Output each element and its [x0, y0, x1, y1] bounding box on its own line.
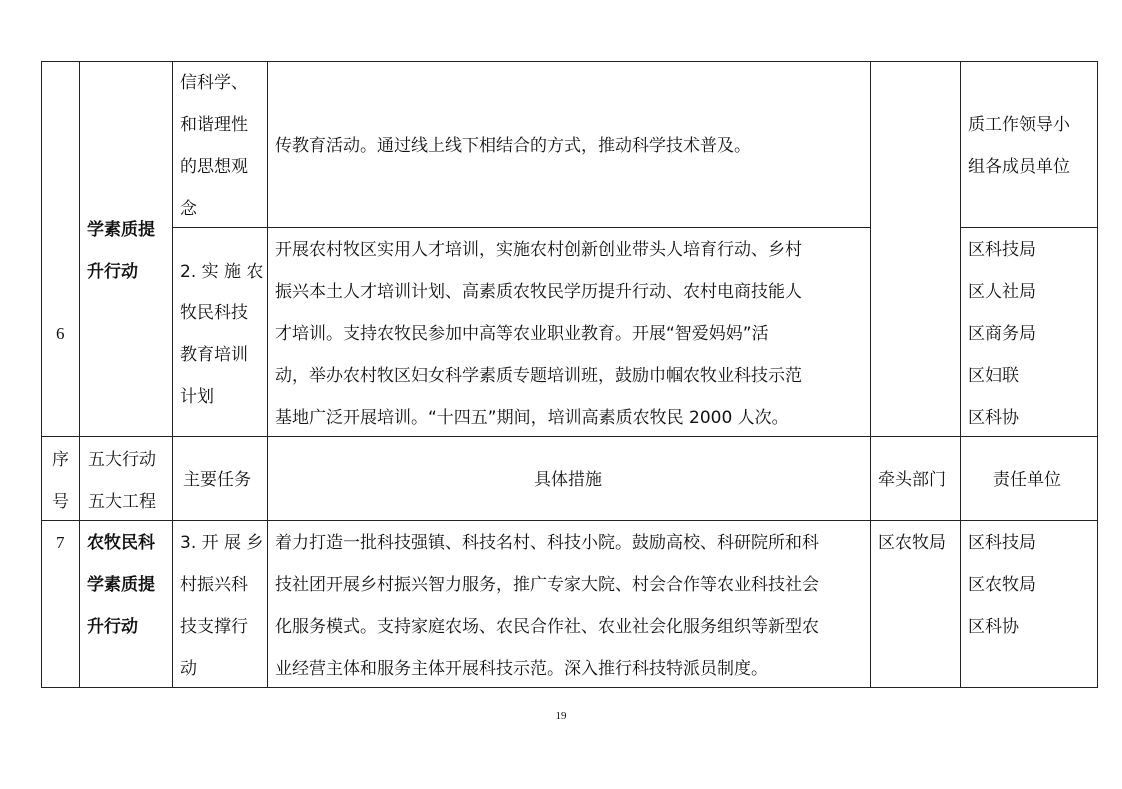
row-divider-resp1-resp2	[960, 227, 1098, 228]
task1-line-4: 念	[180, 199, 197, 219]
responsible2-line-4: 区妇联	[968, 366, 1019, 386]
task3-line-4: 动	[180, 659, 197, 679]
header-responsible: 责任单位	[993, 470, 1061, 490]
page-number: 19	[0, 710, 1122, 722]
task1-line-3: 的思想观	[180, 157, 248, 177]
measures2-line-1: 开展农村牧区实用人才培训，实施农村创新创业带头人培育行动、乡村	[275, 240, 802, 260]
table-border-right	[1097, 61, 1098, 688]
row7-action-line-1: 农牧民科	[87, 533, 155, 553]
col-divider-1	[79, 61, 80, 688]
col-divider-2	[172, 61, 173, 688]
measures2-line-3: 才培训。支持农牧民参加中高等农业职业教育。开展“智爱妈妈”活	[275, 324, 769, 344]
responsible2-line-1: 区科技局	[968, 240, 1036, 260]
responsible1-line-1: 质工作领导小	[968, 115, 1070, 135]
row-divider-task1-task2	[172, 227, 871, 228]
header-action-line-1: 五大行动	[88, 450, 156, 470]
header-task: 主要任务	[183, 470, 251, 490]
row-divider-header-row7	[41, 520, 1098, 521]
row6-action-line-1: 学素质提	[87, 220, 155, 240]
task2-line-3: 教育培训	[180, 345, 248, 365]
responsible3-line-2: 区农牧局	[968, 575, 1036, 595]
task3-line-1: 3. 开 展 乡	[180, 533, 263, 553]
header-action-line-2: 五大工程	[88, 492, 156, 512]
table-border-bottom	[41, 687, 1098, 688]
measures3-line-4: 业经营主体和服务主体开展科技示范。深入推行科技特派员制度。	[275, 659, 768, 679]
document-page: 信科学、 和谐理性 的思想观 念 传教育活动。通过线上线下相结合的方式，推动科学…	[0, 0, 1122, 789]
row7-seq: 7	[56, 533, 65, 553]
responsible2-line-3: 区商务局	[968, 324, 1036, 344]
header-seq-line-1: 序	[52, 450, 69, 470]
col-divider-4	[870, 61, 871, 688]
task2-line-1: 2. 实 施 农	[180, 262, 263, 282]
measures3-line-3: 化服务模式。支持家庭农场、农民合作社、农业社会化服务组织等新型农	[275, 617, 819, 637]
col-divider-3	[267, 61, 268, 688]
responsible2-line-5: 区科协	[968, 408, 1019, 428]
measures2-line-2: 振兴本土人才培训计划、高素质农牧民学历提升行动、农村电商技能人	[275, 282, 802, 302]
row7-lead-dept: 区农牧局	[878, 533, 946, 553]
task3-line-2: 村振兴科	[180, 575, 248, 595]
table-border-top	[41, 61, 1098, 62]
row7-action-line-3: 升行动	[87, 617, 138, 637]
task3-line-3: 技支撑行	[180, 617, 248, 637]
measures3-line-2: 技社团开展乡村振兴智力服务，推广专家大院、村会合作等农业科技社会	[275, 575, 819, 595]
responsible3-line-3: 区科协	[968, 617, 1019, 637]
task1-line-1: 信科学、	[180, 73, 248, 93]
task1-line-2: 和谐理性	[180, 115, 248, 135]
row6-seq: 6	[56, 324, 65, 344]
col-divider-5	[960, 61, 961, 688]
row7-action-line-2: 学素质提	[87, 575, 155, 595]
responsible3-line-1: 区科技局	[968, 533, 1036, 553]
measures1-text: 传教育活动。通过线上线下相结合的方式，推动科学技术普及。	[275, 136, 751, 156]
table-border-left	[41, 61, 42, 688]
header-measures: 具体措施	[534, 470, 602, 490]
task2-line-2: 牧民科技	[180, 303, 248, 323]
responsible1-line-2: 组各成员单位	[968, 157, 1070, 177]
measures3-line-1: 着力打造一批科技强镇、科技名村、科技小院。鼓励高校、科研院所和科	[275, 533, 819, 553]
responsible2-line-2: 区人社局	[968, 282, 1036, 302]
measures2-line-4: 动，举办农村牧区妇女科学素质专题培训班，鼓励巾帼农牧业科技示范	[275, 366, 802, 386]
header-seq-line-2: 号	[52, 492, 69, 512]
measures2-line-5: 基地广泛开展培训。“十四五”期间，培训高素质农牧民 2000 人次。	[275, 408, 789, 428]
row-divider-row6-header	[41, 436, 1098, 437]
task2-line-4: 计划	[180, 387, 214, 407]
row6-action-line-2: 升行动	[87, 262, 138, 282]
header-lead-dept: 牵头部门	[878, 470, 946, 490]
